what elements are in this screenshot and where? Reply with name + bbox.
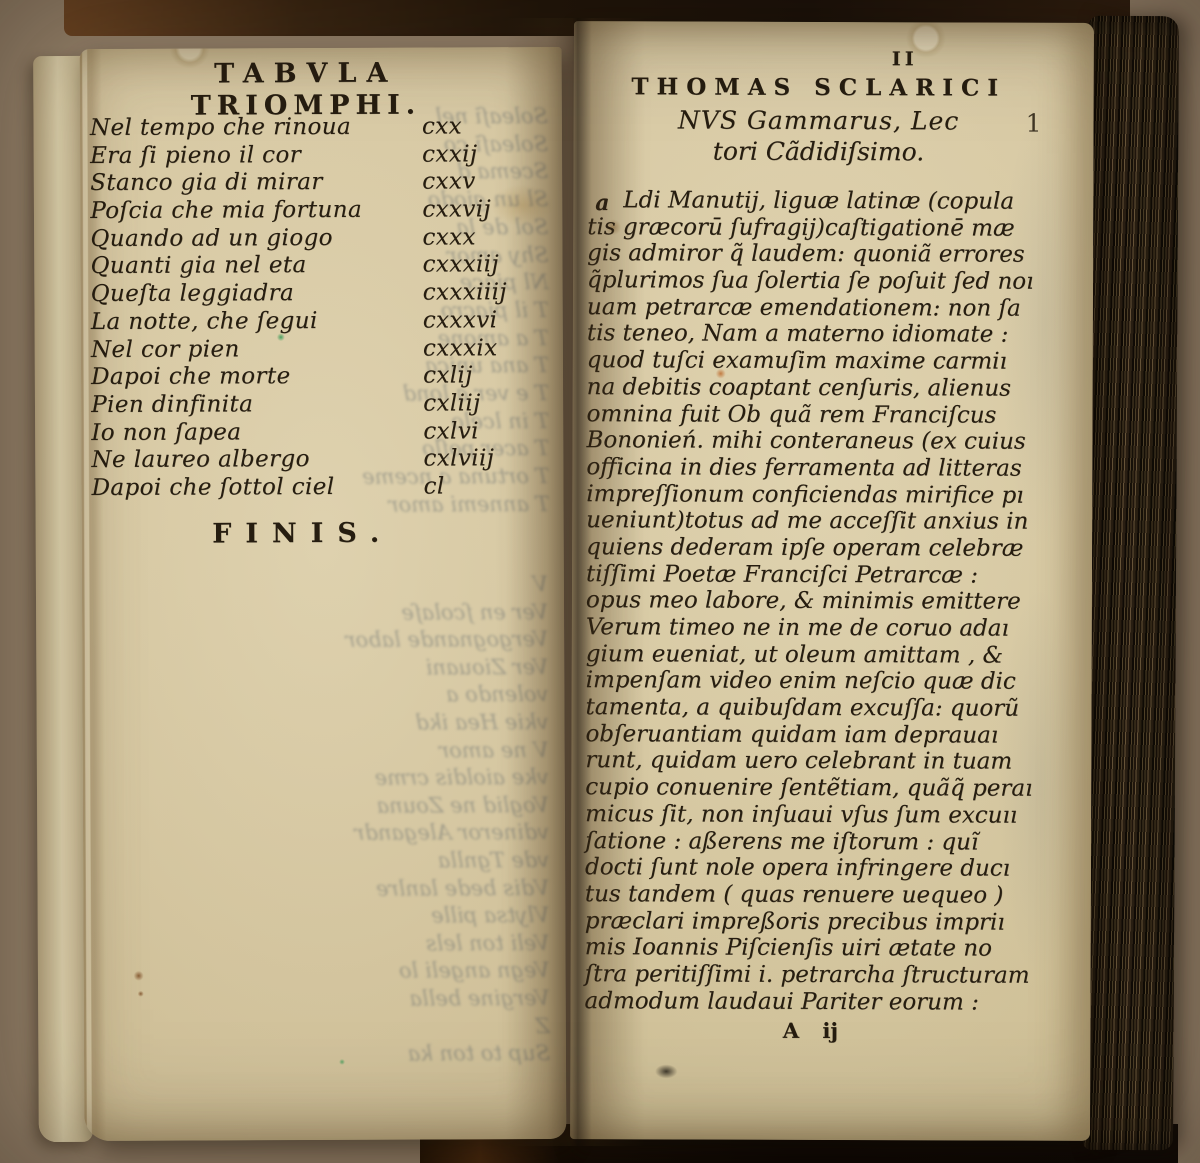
body-text-line: ſtra peritiſſimi i. petrarcha ſtructuram xyxy=(585,961,1053,989)
body-text-line: tus tandem ( quas renuere uequeo ) xyxy=(585,881,1053,909)
ghost-line: Voglid ne Zouna xyxy=(339,792,549,821)
body-text-line: impreſſionum conficiendas mirifice pı xyxy=(586,481,1054,509)
dedication-body-text: Ldi Manutij, liguæ latinæ (copulatis græ… xyxy=(584,187,1055,1016)
body-text-line: micus ſit, non inſuaui vſus ſum excuıı xyxy=(585,801,1053,829)
toc-entry-page-numeral: cxxxix xyxy=(423,335,498,361)
ghost-line: V ne amor xyxy=(339,737,549,766)
body-text-line: quiens dederam ipſe operam celebræ xyxy=(586,534,1054,562)
ghost-line: Vlytsa pille xyxy=(339,902,549,931)
toc-entry-title: Nel cor pien xyxy=(91,336,240,363)
ghost-line: Vdis bede lanlre xyxy=(339,875,549,904)
ghost-line: V xyxy=(338,571,548,600)
toc-row: Nel tempo che rinoua cxx xyxy=(90,113,554,143)
open-book-photo: TABVLA TRIOMPHI. Soleaſi nelSoleaſi coSc… xyxy=(0,0,1200,1163)
toc-row: Io non ſapea cxlvi xyxy=(91,418,555,448)
toc-row: Poſcia che mia fortuna cxxvij xyxy=(90,196,554,226)
ghost-line: vdineror Alegandr xyxy=(339,819,549,848)
margin-mark: 1 xyxy=(1026,109,1042,138)
body-text-line: tiſſimi Poetæ Franciſci Petrarcæ : xyxy=(586,561,1054,589)
body-text-line: omnina fuit Ob quã rem Franciſcus xyxy=(587,401,1055,429)
toc-entry-title: Poſcia che mia fortuna xyxy=(90,197,362,224)
body-text-line: tamenta, a quibuſdam excuſſa: quorũ xyxy=(586,694,1054,722)
ghost-line: vke aioldis crme xyxy=(339,764,549,793)
body-text-line: runt, quidam uero celebrant in tuam xyxy=(585,748,1053,776)
ghost-line: vde Tgnlla xyxy=(339,847,549,876)
toc-entry-title: Stanco gia di mirar xyxy=(90,169,323,196)
toc-entry-title: Pien dinfinita xyxy=(91,391,253,418)
ghost-line: Vergine bella xyxy=(340,985,550,1014)
body-text-line: opus meo labore, & minimis emittere xyxy=(586,587,1054,615)
toc-row: Ne laureo albergo cxlviij xyxy=(91,445,555,475)
body-text-line: admodum laudaui Pariter eorum : xyxy=(584,988,1052,1016)
body-text-line: tis græcorū ſufragij)caſtigationē mæ xyxy=(587,214,1055,242)
right-page: II THOMAS SCLARICI NVS Gammarus, Lec tor… xyxy=(570,21,1094,1141)
signature-mark: A ij xyxy=(570,1017,1050,1044)
body-text-line: cupio conuenire ſentẽtiam, quãq̃ peraı xyxy=(585,774,1053,802)
ghost-line: volendo a xyxy=(338,681,548,710)
ghost-line: Ver en ſcolaſe xyxy=(338,599,548,628)
toc-entry-title: Io non ſapea xyxy=(91,419,241,446)
body-text-line: quod tuſci examuſim maxime carmiı xyxy=(587,347,1055,375)
toc-row: La notte, che ſegui cxxxvi xyxy=(91,307,555,337)
toc-entry-page-numeral: cxxxvi xyxy=(423,307,498,333)
body-text-line: tis teneo, Nam a materno idiomate : xyxy=(587,321,1055,349)
body-text-line: q̃plurimos ſua ſolertia ſe poſuit ſed no… xyxy=(587,267,1055,295)
body-text-line: docti ſunt nole opera infringere ducı xyxy=(585,854,1053,882)
body-text-line: gis admiror q̃ laudem: quoniã errores xyxy=(587,241,1055,269)
body-text-line: mis Ioannis Piſcienſis uiri ætate no xyxy=(585,934,1053,962)
ghost-line: Ver Ziouani xyxy=(338,654,548,683)
toc-entry-title: Queſta leggiadra xyxy=(91,280,294,307)
ghost-line: vkie Hea ikd xyxy=(339,709,549,738)
body-text-line: ſatione : aßerens me iſtorum : quĩ xyxy=(585,828,1053,856)
toc-row: Dapoi che ſottol ciel cl xyxy=(91,473,555,503)
toc-row: Stanco gia di mirar cxxv xyxy=(90,168,554,198)
toc-entry-title: La notte, che ſegui xyxy=(91,308,318,335)
body-text-line: præclari impreßoris precibus impriı xyxy=(585,908,1053,936)
toc-entry-page-numeral: cxxvij xyxy=(422,196,491,222)
ghost-line: Sup to ton ka xyxy=(340,1040,550,1069)
toc-entry-page-numeral: cxxxiiij xyxy=(423,279,507,305)
body-text-line: na debitis coaptant cenſuris, alienus xyxy=(587,374,1055,402)
body-text-line: Bononień. mihi conteraneus (ex cuius xyxy=(586,427,1054,455)
table-of-contents: Nel tempo che rinoua cxx Era ſi pieno il… xyxy=(90,113,556,503)
dedication-heading-line3: tori Cãdidiſsimo. xyxy=(573,136,1063,167)
body-text-line: obſeruantiam quidam iam deprauaı xyxy=(585,721,1053,749)
toc-row: Era ſi pieno il cor cxxij xyxy=(90,141,554,171)
toc-row: Pien dinfinita cxliij xyxy=(91,390,555,420)
dedication-heading-line1: THOMAS SCLARICI xyxy=(574,73,1064,102)
body-text-line: ueniunt)totus ad me acceſſit anxius in xyxy=(586,507,1054,535)
page-number: II xyxy=(892,48,918,70)
toc-entry-page-numeral: cxlvi xyxy=(423,418,479,444)
toc-entry-page-numeral: cxxij xyxy=(422,141,477,167)
body-text-line: impenſam video enim neſcio quæ dic xyxy=(586,668,1054,696)
body-text-line: Ldi Manutij, liguæ latinæ (copula xyxy=(587,187,1055,215)
ghost-line: Veli ton lels xyxy=(339,930,549,959)
bleedthrough-text-lower: VVer en ſcolaſeVergognande laborVer Ziou… xyxy=(338,571,550,1069)
ghost-line: Z xyxy=(340,1013,550,1042)
ghost-line: Vergognande labor xyxy=(338,626,548,655)
toc-entry-page-numeral: cxxx xyxy=(422,224,476,250)
toc-entry-page-numeral: cxliij xyxy=(423,390,481,416)
left-page-title-line1: TABVLA xyxy=(80,57,532,90)
body-text-line: uam petrarcæ emendationem: non ſa xyxy=(587,294,1055,322)
toc-entry-title: Era ſi pieno il cor xyxy=(90,142,301,169)
toc-entry-title: Dapoi che ſottol ciel xyxy=(91,474,334,501)
toc-entry-title: Nel tempo che rinoua xyxy=(90,114,351,141)
toc-row: Nel cor pien cxxxix xyxy=(91,334,555,364)
toc-row: Dapoi che morte cxlij xyxy=(91,362,555,392)
toc-entry-page-numeral: cxx xyxy=(422,113,462,139)
toc-row: Queſta leggiadra cxxxiiij xyxy=(91,279,555,309)
toc-entry-page-numeral: cxxxiij xyxy=(423,252,500,278)
toc-row: Quanti gia nel eta cxxxiij xyxy=(91,251,555,281)
toc-entry-page-numeral: cxlij xyxy=(423,363,473,389)
toc-entry-title: Quando ad un giogo xyxy=(90,225,333,252)
finis-label: FINIS. xyxy=(82,517,524,550)
ghost-line: Vegn angeli lo xyxy=(340,957,550,986)
left-page: TABVLA TRIOMPHI. Soleaſi nelSoleaſi coSc… xyxy=(80,47,567,1141)
toc-entry-title: Dapoi che morte xyxy=(91,363,291,390)
body-text-line: gium eueniat, ut oleum amittam , & xyxy=(586,641,1054,669)
toc-entry-title: Quanti gia nel eta xyxy=(91,253,307,280)
toc-entry-page-numeral: cxlviij xyxy=(423,446,494,472)
toc-entry-page-numeral: cl xyxy=(423,473,444,499)
body-text-line: Verum timeo ne in me de coruo adaı xyxy=(586,614,1054,642)
body-text-line: officina in dies ferramenta ad litteras xyxy=(586,454,1054,482)
page-edge-stack xyxy=(1083,16,1179,1150)
dedication-heading-line2: NVS Gammarus, Lec xyxy=(574,105,1064,136)
toc-entry-page-numeral: cxxv xyxy=(422,169,476,195)
toc-entry-title: Ne laureo albergo xyxy=(91,446,310,473)
toc-row: Quando ad un giogo cxxx xyxy=(90,224,554,254)
